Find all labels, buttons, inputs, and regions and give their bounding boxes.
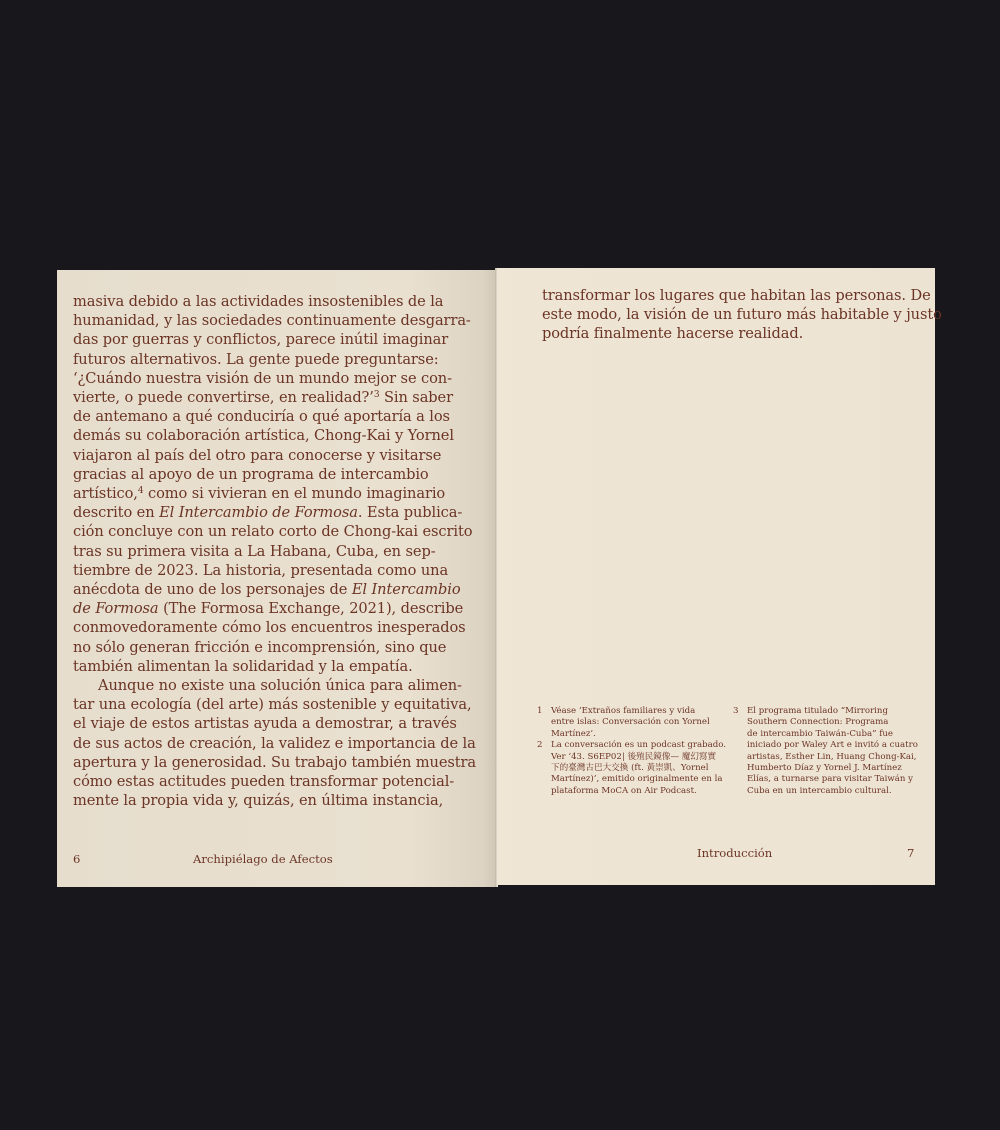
text-line: cómo estas actitudes pueden transformar …: [73, 772, 451, 791]
text-line: futuros alternativos. La gente puede pre…: [73, 350, 451, 369]
text-line: no sólo generan fricción e incomprensión…: [73, 638, 451, 657]
text-fragment: como si vivieran en el mundo imaginario: [143, 485, 445, 502]
text-line: vierte, o puede convertirse, en realidad…: [73, 388, 451, 407]
book-title-italic: de Formosa: [73, 600, 159, 617]
footnote-text: Véase ‘Extraños familiares y vida entre …: [551, 706, 722, 740]
footnote-line: Martínez’.: [551, 729, 722, 740]
text-line: Aunque no existe una solución única para…: [73, 676, 451, 695]
footnote-number: 3: [733, 706, 747, 797]
footnote-line: iniciado por Waley Art e invitó a cuatro: [747, 740, 923, 751]
text-fragment: descrito en: [73, 504, 159, 521]
left-page: masiva debido a las actividades insosten…: [57, 270, 497, 887]
text-line: gracias al apoyo de un programa de inter…: [73, 465, 451, 484]
footnote-line: Cuba en un intercambio cultural.: [747, 786, 923, 797]
footnotes-column-1: 1 Véase ‘Extraños familiares y vida entr…: [537, 706, 722, 797]
footnote-line: El programa titulado “Mirroring: [747, 706, 923, 717]
text-line: tar una ecología (del arte) más sostenib…: [73, 695, 451, 714]
text-line: anécdota de uno de los personajes de El …: [73, 580, 451, 599]
text-line: conmovedoramente cómo los encuentros ine…: [73, 618, 451, 637]
text-line: también alimentan la solidaridad y la em…: [73, 657, 451, 676]
right-page-body-text: transformar los lugares que habitan las …: [542, 286, 922, 344]
footnote-line: Humberto Díaz y Yornel J. Martínez: [747, 763, 923, 774]
text-line: el viaje de estos artistas ayuda a demos…: [73, 714, 451, 733]
footnote-line: entre islas: Conversación con Yornel: [551, 717, 722, 728]
footnote-line: de intercambio Taiwán-Cuba” fue: [747, 729, 923, 740]
text-line: masiva debido a las actividades insosten…: [73, 292, 451, 311]
text-fragment: Sin saber: [379, 389, 453, 406]
text-line: ción concluye con un relato corto de Cho…: [73, 522, 451, 541]
footnote-line: Martínez)’, emitido originalmente en la: [551, 774, 726, 785]
text-line: artístico,4 como si vivieran en el mundo…: [73, 484, 451, 503]
text-line: humanidad, y las sociedades continuament…: [73, 311, 451, 330]
footnote-line: Elías, a turnarse para visitar Taiwán y: [747, 774, 923, 785]
footnote-line: artistas, Esther Lin, Huang Chong-Kai,: [747, 752, 923, 763]
footnote-text: El programa titulado “Mirroring Southern…: [747, 706, 923, 797]
text-line: ‘¿Cuándo nuestra visión de un mundo mejo…: [73, 369, 451, 388]
footnote-line: plataforma MoCA on Air Podcast.: [551, 786, 726, 797]
text-line: transformar los lugares que habitan las …: [542, 286, 922, 305]
page-number: 6: [73, 852, 80, 866]
text-line: este modo, la visión de un futuro más ha…: [542, 305, 922, 324]
footnote-line: Ver ‘43. S6EP02| 後殖民鏡像— 魔幻寫實: [551, 752, 726, 763]
text-line: viajaron al país del otro para conocerse…: [73, 446, 451, 465]
right-page: transformar los lugares que habitan las …: [497, 268, 935, 885]
text-line: podría finalmente hacerse realidad.: [542, 324, 922, 343]
text-line: das por guerras y conflictos, parece inú…: [73, 330, 451, 349]
text-line: mente la propia vida y, quizás, en últim…: [73, 791, 451, 810]
text-line: de antemano a qué conduciría o qué aport…: [73, 407, 451, 426]
footnote-line: Southern Connection: Programa: [747, 717, 923, 728]
text-line: descrito en El Intercambio de Formosa. E…: [73, 503, 451, 522]
text-line: de sus actos de creación, la validez e i…: [73, 734, 451, 753]
text-fragment: artístico,: [73, 485, 138, 502]
footnote-number: 2: [537, 740, 551, 797]
running-head: Introducción: [697, 846, 772, 860]
text-fragment: (The Formosa Exchange, 2021), describe: [159, 600, 464, 617]
footnote-line: La conversación es un podcast grabado.: [551, 740, 726, 751]
text-fragment: vierte, o puede convertirse, en realidad…: [73, 389, 374, 406]
footnote-3: 3 El programa titulado “Mirroring Southe…: [733, 706, 923, 797]
footnote-2: 2 La conversación es un podcast grabado.…: [537, 740, 722, 797]
book-spine-gutter: [495, 268, 498, 887]
footnote-line: Véase ‘Extraños familiares y vida: [551, 706, 722, 717]
text-fragment: anécdota de uno de los personajes de: [73, 581, 352, 598]
book-title-italic: El Intercambio de Formosa: [159, 504, 358, 521]
text-line: demás su colaboración artística, Chong-K…: [73, 426, 451, 445]
page-number: 7: [907, 846, 914, 860]
running-head: Archipiélago de Afectos: [193, 852, 333, 866]
book-title-italic: El Intercambio: [352, 581, 461, 598]
text-line: de Formosa (The Formosa Exchange, 2021),…: [73, 599, 451, 618]
footnote-text: La conversación es un podcast grabado. V…: [551, 740, 726, 797]
footnotes-column-2: 3 El programa titulado “Mirroring Southe…: [733, 706, 923, 797]
left-page-body-text: masiva debido a las actividades insosten…: [73, 292, 451, 810]
footnote-1: 1 Véase ‘Extraños familiares y vida entr…: [537, 706, 722, 740]
text-line: tras su primera visita a La Habana, Cuba…: [73, 542, 451, 561]
text-fragment: . Esta publica-: [358, 504, 462, 521]
text-line: apertura y la generosidad. Su trabajo ta…: [73, 753, 451, 772]
footnote-number: 1: [537, 706, 551, 740]
footnote-line: 下的臺灣古巴大交換 (ft. 黃崇凱、Yornel: [551, 763, 726, 774]
text-line: tiembre de 2023. La historia, presentada…: [73, 561, 451, 580]
